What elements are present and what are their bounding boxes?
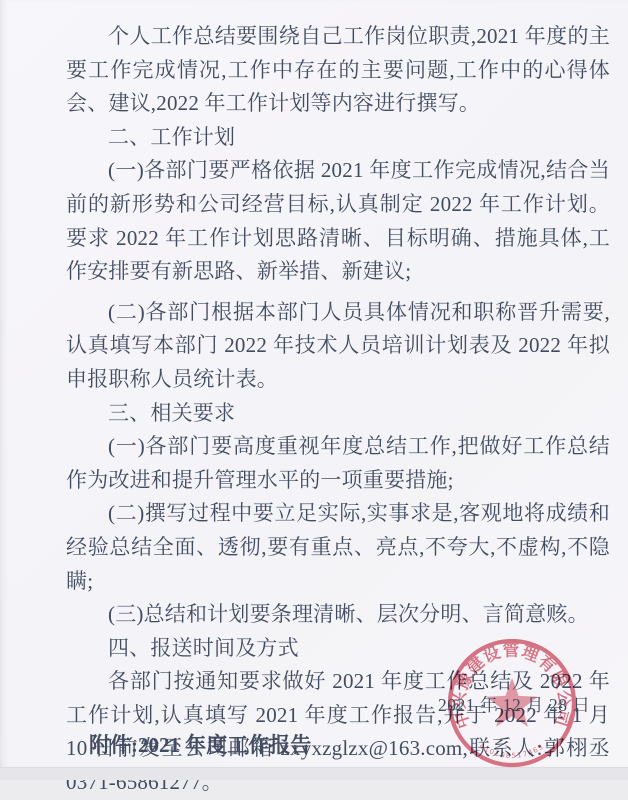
- scanned-document-page: 个人工作总结要围绕自己工作岗位职责,2021 年度的主要工作完成情况,工作中存在…: [0, 0, 628, 768]
- document-date: 2021 年 12 月 28 日: [438, 692, 590, 717]
- paragraph-requirement-2: (二)撰写过程中要立足实际,实事求是,客观地将成绩和经验总结全面、透彻,要有重点…: [66, 497, 610, 598]
- section-heading-work-plan: 二、工作计划: [66, 121, 610, 155]
- section-heading-requirements: 三、相关要求: [66, 397, 610, 431]
- paragraph-summary-scope: 个人工作总结要围绕自己工作岗位职责,2021 年度的主要工作完成情况,工作中存在…: [66, 20, 610, 121]
- attachment-note: 附件:2021 年度工作报告: [89, 729, 311, 759]
- paragraph-requirement-3: (三)总结和计划要条理清晰、层次分明、言简意赅。: [66, 598, 610, 632]
- paragraph-plan-item-1: (一)各部门要严格依据 2021 年度工作完成情况,结合当前的新形势和公司经营目…: [66, 154, 610, 288]
- paragraph-requirement-1: (一)各部门要高度重视年度总结工作,把做好工作总结作为改进和提升管理水平的一项重…: [66, 430, 610, 497]
- paragraph-plan-item-2: (二)各部门根据本部门人员具体情况和职称晋升需要,认真填写本部门 2022 年技…: [66, 296, 610, 397]
